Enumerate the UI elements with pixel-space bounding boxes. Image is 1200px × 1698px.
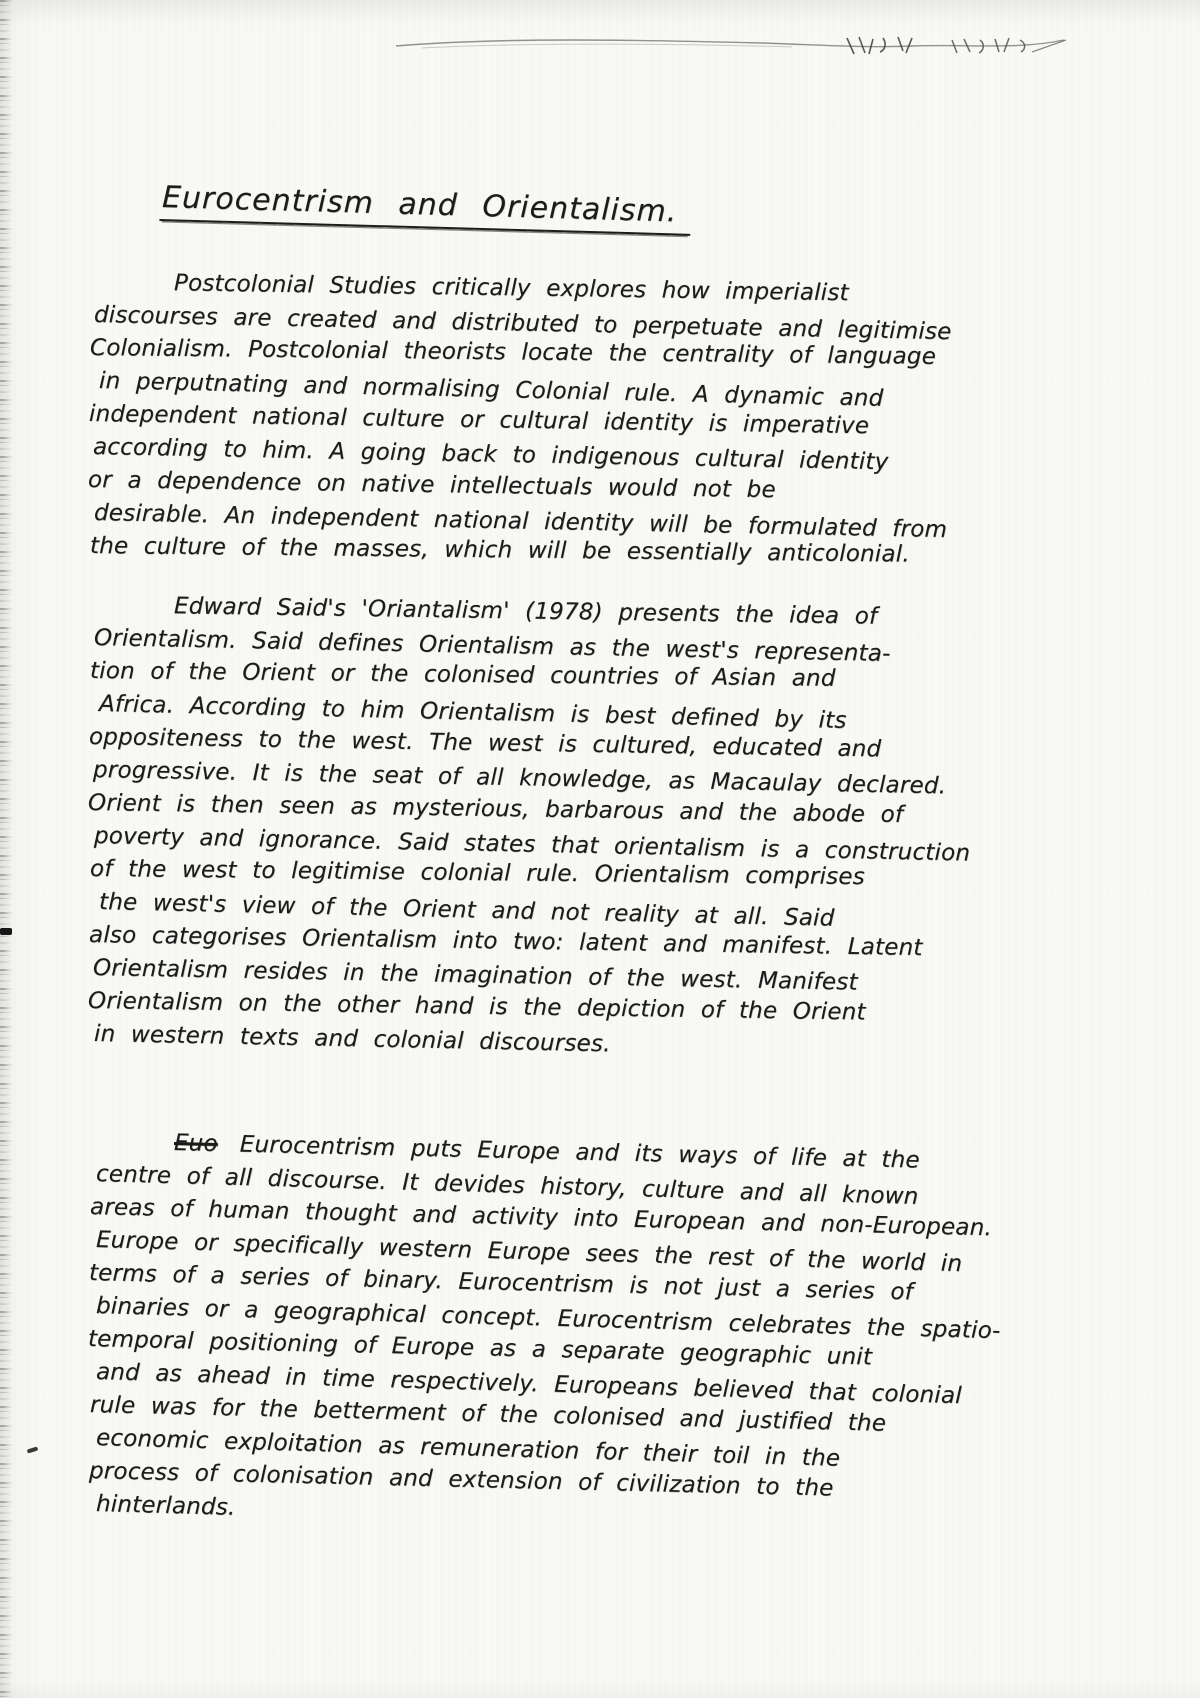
scan-binding-edge	[0, 0, 13, 1698]
scan-edge-mark	[0, 928, 12, 935]
paragraph-3: EuoEurocentrism puts Europe and its ways…	[88, 1125, 1092, 1521]
page-title: Eurocentrism and Orientalism.	[159, 180, 691, 236]
paragraph-2: Edward Said's 'Oriantalism' (1978) prese…	[88, 589, 1092, 1051]
paragraph-1: Postcolonial Studies critically explores…	[88, 266, 1092, 563]
essay-body: Postcolonial Studies critically explores…	[88, 266, 1092, 1521]
struck-word: Euo	[174, 1130, 218, 1157]
scan-edge-mark	[27, 1446, 39, 1453]
scanned-document-page: Eurocentrism and Orientalism. Postcoloni…	[0, 0, 1200, 1698]
scan-artifact-top	[392, 24, 1072, 70]
